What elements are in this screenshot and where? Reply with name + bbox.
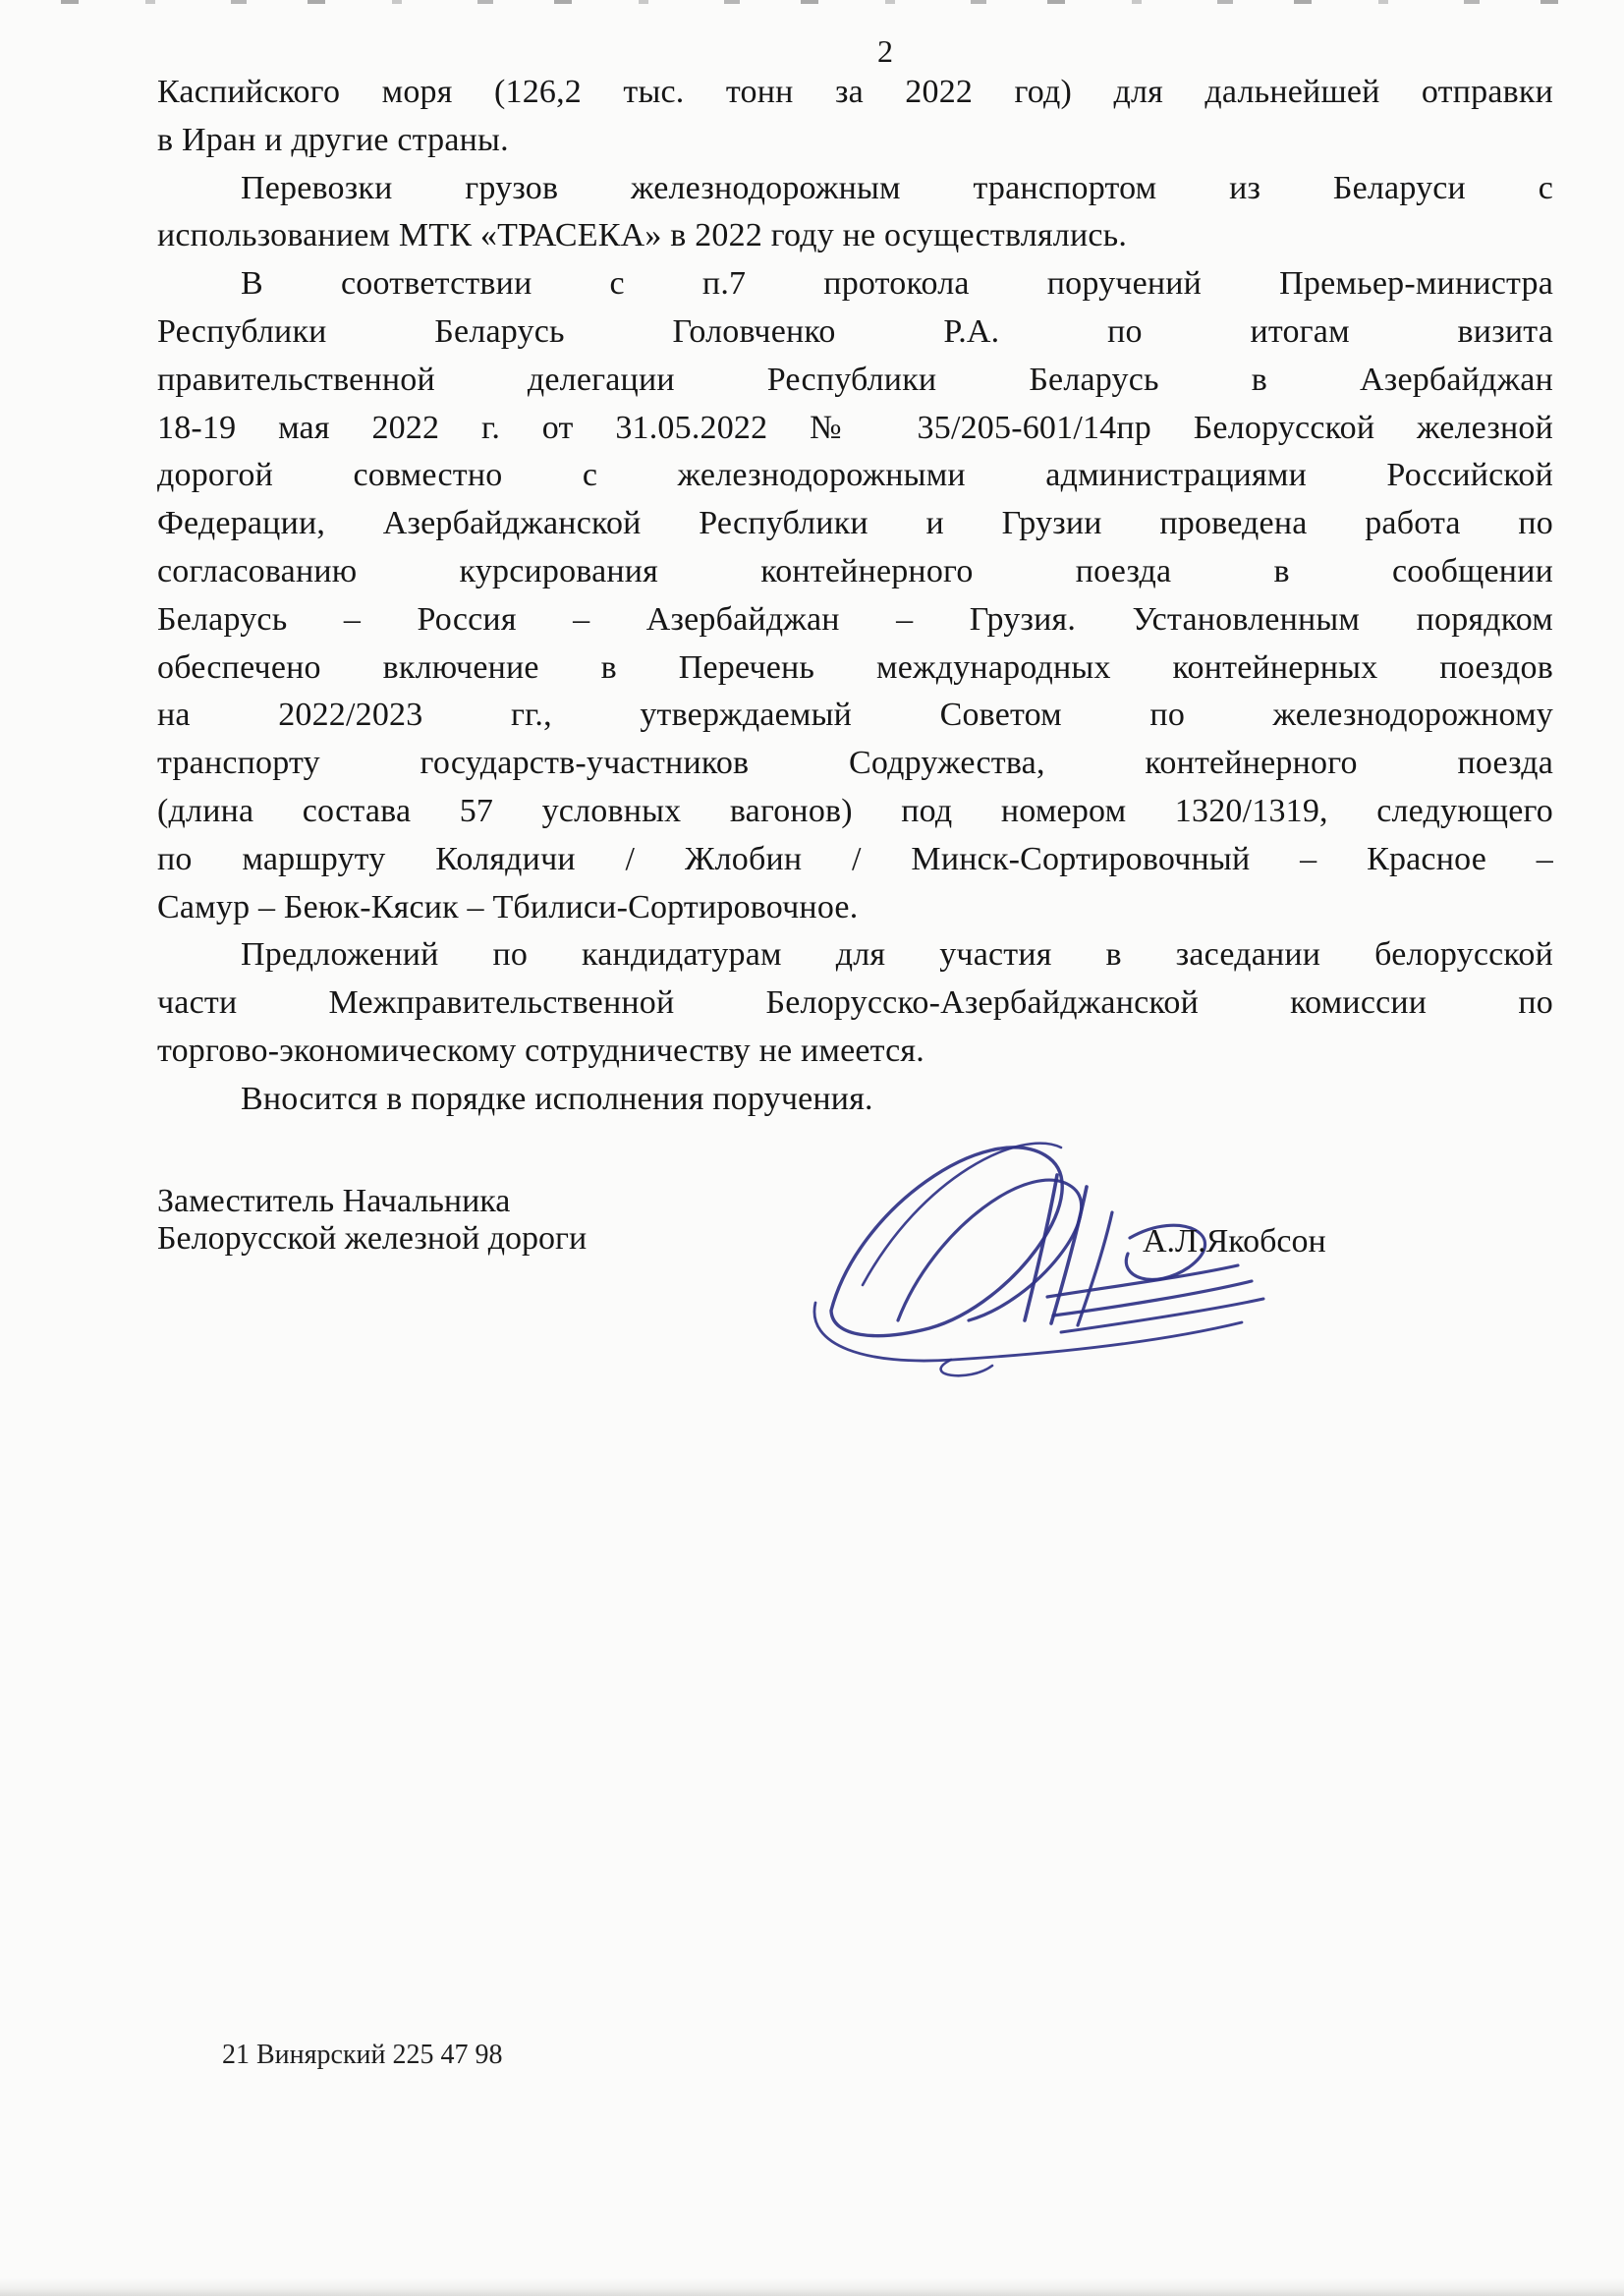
body-line: транспорту государств-участников Содруже… — [157, 740, 1553, 788]
signature-stroke — [1053, 1281, 1252, 1316]
scanned-document-page: 2 Каспийского моря (126,2 тыс. тонн за 2… — [0, 0, 1624, 2296]
body-line: 18-19 мая 2022 г. от 31.05.2022 № 35/205… — [157, 405, 1553, 453]
body-line: по маршруту Колядичи / Жлобин / Минск-Со… — [157, 836, 1553, 884]
body-line: на 2022/2023 гг., утверждаемый Советом п… — [157, 692, 1553, 740]
body-line: Вносится в порядке исполнения поручения. — [157, 1076, 1553, 1124]
body-line: В соответствии с п.7 протокола поручений… — [157, 260, 1553, 308]
signature-stroke — [1051, 1187, 1087, 1323]
body-line: торгово-экономическому сотрудничеству не… — [157, 1028, 1553, 1076]
body-line: части Межправительственной Белорусско-Аз… — [157, 980, 1553, 1028]
signer-name: А.Л.Якобсон — [1143, 1223, 1326, 1260]
body-line: дорогой совместно с железнодорожными адм… — [157, 452, 1553, 500]
body-line: Федерации, Азербайджанской Республики и … — [157, 500, 1553, 548]
executor-footer-note: 21 Винярский 225 47 98 — [222, 2040, 503, 2071]
body-line: Перевозки грузов железнодорожным транспо… — [157, 165, 1553, 213]
body-line: обеспечено включение в Перечень междунар… — [157, 644, 1553, 693]
body-line: Каспийского моря (126,2 тыс. тонн за 202… — [157, 69, 1553, 117]
body-line: правительственной делегации Республики Б… — [157, 357, 1553, 405]
body-line: Беларусь – Россия – Азербайджан – Грузия… — [157, 596, 1553, 644]
signature-stroke — [941, 1360, 992, 1375]
signature-stroke — [863, 1144, 1061, 1285]
body-line: Республики Беларусь Головченко Р.А. по и… — [157, 308, 1553, 357]
document-body: Каспийского моря (126,2 тыс. тонн за 202… — [157, 69, 1553, 1124]
scan-edge-artifact-top — [0, 0, 1624, 4]
page-number: 2 — [877, 33, 893, 69]
signature-title-block: Заместитель Начальника Белорусской желез… — [157, 1183, 587, 1257]
body-line: в Иран и другие страны. — [157, 117, 1553, 165]
body-line: согласованию курсирования контейнерного … — [157, 548, 1553, 596]
signature-stroke — [1047, 1265, 1238, 1297]
signature-stroke — [1061, 1299, 1263, 1332]
body-line: Предложений по кандидатурам для участия … — [157, 931, 1553, 980]
signer-position-line: Белорусской железной дороги — [157, 1220, 587, 1258]
scan-edge-artifact-bottom — [0, 2278, 1624, 2296]
signature-stroke — [1025, 1175, 1057, 1320]
body-line: (длина состава 57 условных вагонов) под … — [157, 788, 1553, 836]
signer-position-line: Заместитель Начальника — [157, 1183, 587, 1220]
body-line: Самур – Беюк-Кясик – Тбилиси-Сортировочн… — [157, 884, 1553, 932]
body-line: использованием МТК «ТРАСЕКА» в 2022 году… — [157, 212, 1553, 260]
